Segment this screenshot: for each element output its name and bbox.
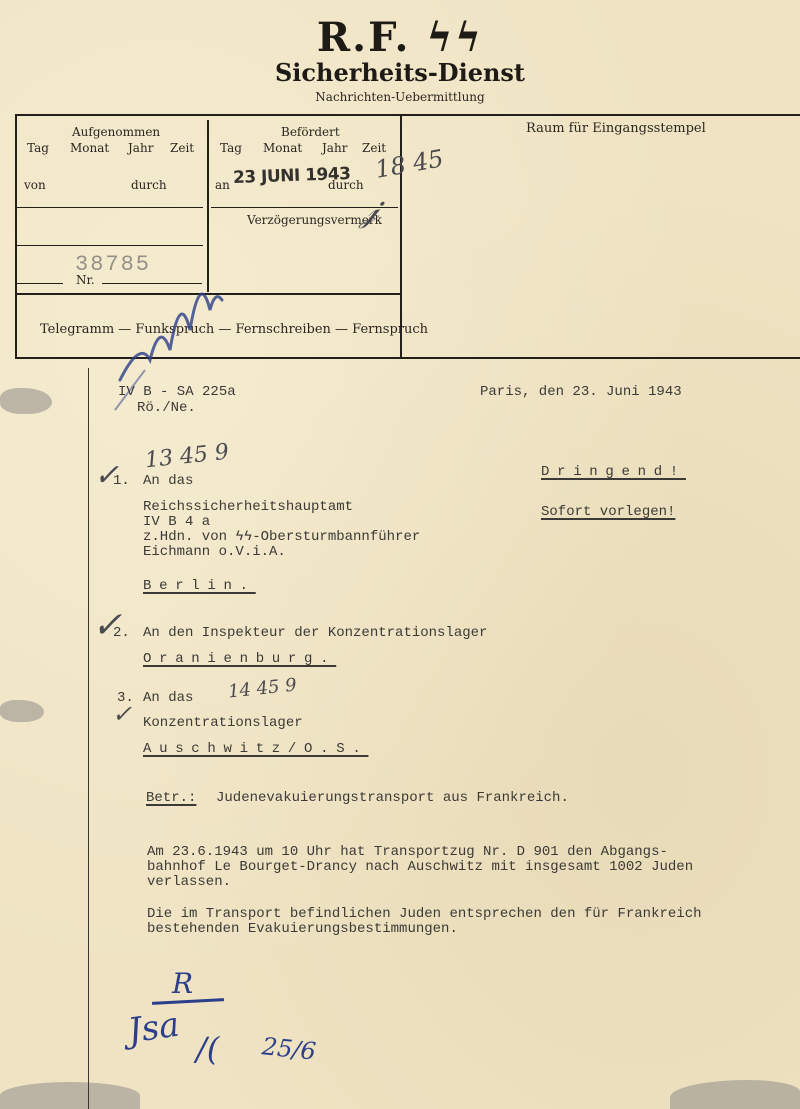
forwarded-col-monat: Monat: [263, 141, 302, 155]
priority-submit-immediately: Sofort vorlegen!: [541, 505, 675, 520]
received-by-label: durch: [131, 178, 167, 192]
body-paragraph-2: Die im Transport befindlichen Juden ents…: [147, 907, 702, 937]
recipient-2-line: An den Inspekteur der Konzentrationslage…: [143, 626, 487, 641]
forwarded-col-tag: Tag: [220, 141, 242, 155]
forwarded-col-jahr: Jahr: [322, 141, 347, 155]
footer-handwritten-date: 25/6: [261, 1032, 318, 1065]
recipient-3-line: Konzentrationslager: [143, 716, 303, 731]
recipient-3-handwritten-note: 14 45 9: [227, 674, 298, 702]
letterhead-organization: Sicherheits-Dienst: [0, 58, 800, 87]
recipient-2-number: 2.: [113, 626, 130, 641]
recipient-1-handwritten-note: 13 45 9: [144, 440, 230, 474]
recipient-2-city: Oranienburg.: [143, 652, 336, 667]
recipient-3-line: An das: [143, 691, 193, 706]
paper-stain: [0, 388, 52, 414]
forwarded-by-label: durch: [328, 178, 364, 192]
forwarded-to-label: an: [215, 178, 230, 192]
received-col-monat: Monat: [70, 141, 109, 155]
paper-stain: [0, 1082, 140, 1109]
forwarded-col-zeit: Zeit: [362, 141, 386, 155]
footer-handwritten-initial: R: [172, 967, 193, 1000]
letter-place-date: Paris, den 23. Juni 1943: [480, 385, 682, 400]
received-col-zeit: Zeit: [170, 141, 194, 155]
letter-reference: IV B - SA 225a: [118, 385, 236, 400]
priority-urgent: Dringend!: [541, 465, 686, 480]
received-heading: Aufgenommen: [72, 125, 160, 139]
received-nr-label: Nr.: [76, 273, 95, 287]
paper-stain: [0, 700, 44, 722]
form-left-border: [15, 114, 17, 358]
form-row-divider: [15, 245, 203, 246]
recipient-1-line: Eichmann o.V.i.A.: [143, 545, 286, 560]
form-nr-line-left: [15, 283, 63, 284]
recipient-1-number: 1.: [113, 474, 130, 489]
forwarded-heading: Befördert: [281, 125, 340, 139]
subject-text: Judenevakuierungstransport aus Frankreic…: [216, 791, 569, 806]
footer-handwritten-signature: Jsa: [125, 1005, 181, 1052]
recipient-1-line: IV B 4 a: [143, 515, 210, 530]
letter-left-margin-rule: [88, 368, 89, 1109]
subject-label: Betr.:: [146, 791, 196, 806]
recipient-1-line: Reichssicherheitshauptamt: [143, 500, 353, 515]
letterhead-subtitle: Nachrichten-Uebermittlung: [0, 90, 800, 104]
paper-stain: [670, 1080, 800, 1109]
recipient-1-line: z.Hdn. von ϟϟ-Obersturmbannführer: [143, 530, 420, 545]
footer-handwritten-underline: [152, 998, 224, 1005]
recipient-3-number: 3.: [117, 691, 134, 706]
body-paragraph-1: Am 23.6.1943 um 10 Uhr hat Transportzug …: [147, 845, 693, 890]
received-col-tag: Tag: [27, 141, 49, 155]
form-top-border: [15, 114, 800, 116]
form-row-divider: [15, 207, 203, 208]
letter-initials: Rö./Ne.: [137, 401, 196, 416]
footer-handwritten-mark: /(: [196, 1030, 219, 1068]
forwarded-handwritten-initial: 𝒿: [360, 190, 379, 230]
stamp-area-label: Raum für Eingangsstempel: [526, 121, 706, 136]
received-from-label: von: [24, 178, 46, 192]
letterhead-title: R.F. ϟϟ: [0, 14, 800, 61]
recipient-1-line: An das: [143, 474, 193, 489]
recipient-3-city: Auschwitz/O.S.: [143, 742, 368, 757]
recipient-1-city: Berlin.: [143, 579, 256, 594]
received-col-jahr: Jahr: [128, 141, 153, 155]
